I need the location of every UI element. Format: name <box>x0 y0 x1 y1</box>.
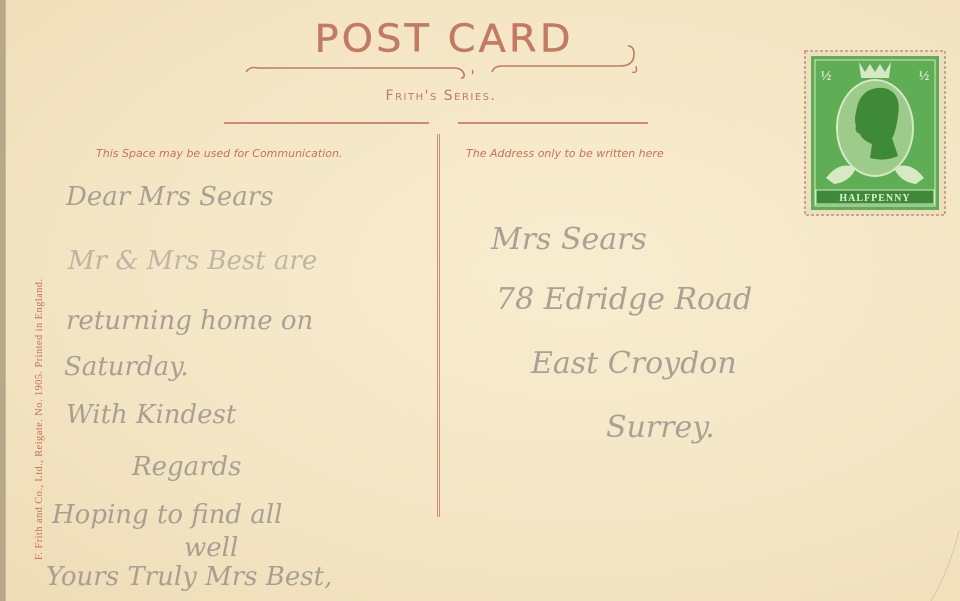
message-line: returning home on <box>66 306 313 336</box>
center-divider <box>437 134 440 517</box>
message-line: Hoping to find all <box>52 500 282 530</box>
svg-text:½: ½ <box>821 69 832 84</box>
header-rule-left <box>224 122 429 124</box>
corner-crease <box>921 531 960 601</box>
message-line: Yours Truly Mrs Best, <box>46 562 332 592</box>
message-line: With Kindest <box>66 400 236 430</box>
address-line: Surrey. <box>606 410 715 445</box>
message-line: Dear Mrs Sears <box>66 182 274 212</box>
message-line: Regards <box>132 452 242 482</box>
king-portrait-icon: HALFPENNY ½ ½ <box>804 50 946 216</box>
svg-text:HALFPENNY: HALFPENNY <box>839 193 910 204</box>
publisher-imprint: F. Frith and Co., Ltd., Reigate. No. 190… <box>34 279 45 560</box>
communication-label: This Space may be used for Communication… <box>96 147 342 160</box>
postage-stamp: HALFPENNY ½ ½ <box>804 50 946 216</box>
header-rule-right <box>458 122 648 124</box>
message-line: Mr & Mrs Best are <box>68 246 317 276</box>
title-swash-decoration <box>244 16 644 82</box>
series-name: Frith's Series. <box>306 88 576 104</box>
address-line: Mrs Sears <box>491 222 647 257</box>
address-line: East Croydon <box>531 346 737 381</box>
address-line: 78 Edridge Road <box>496 282 752 317</box>
address-label: The Address only to be written here <box>466 147 664 160</box>
message-line: Saturday. <box>64 352 189 382</box>
svg-text:½: ½ <box>919 69 930 84</box>
postcard: POST CARD Frith's Series. This Space may… <box>5 0 960 601</box>
postcard-header: POST CARD <box>244 16 644 82</box>
message-line: well <box>184 533 238 563</box>
